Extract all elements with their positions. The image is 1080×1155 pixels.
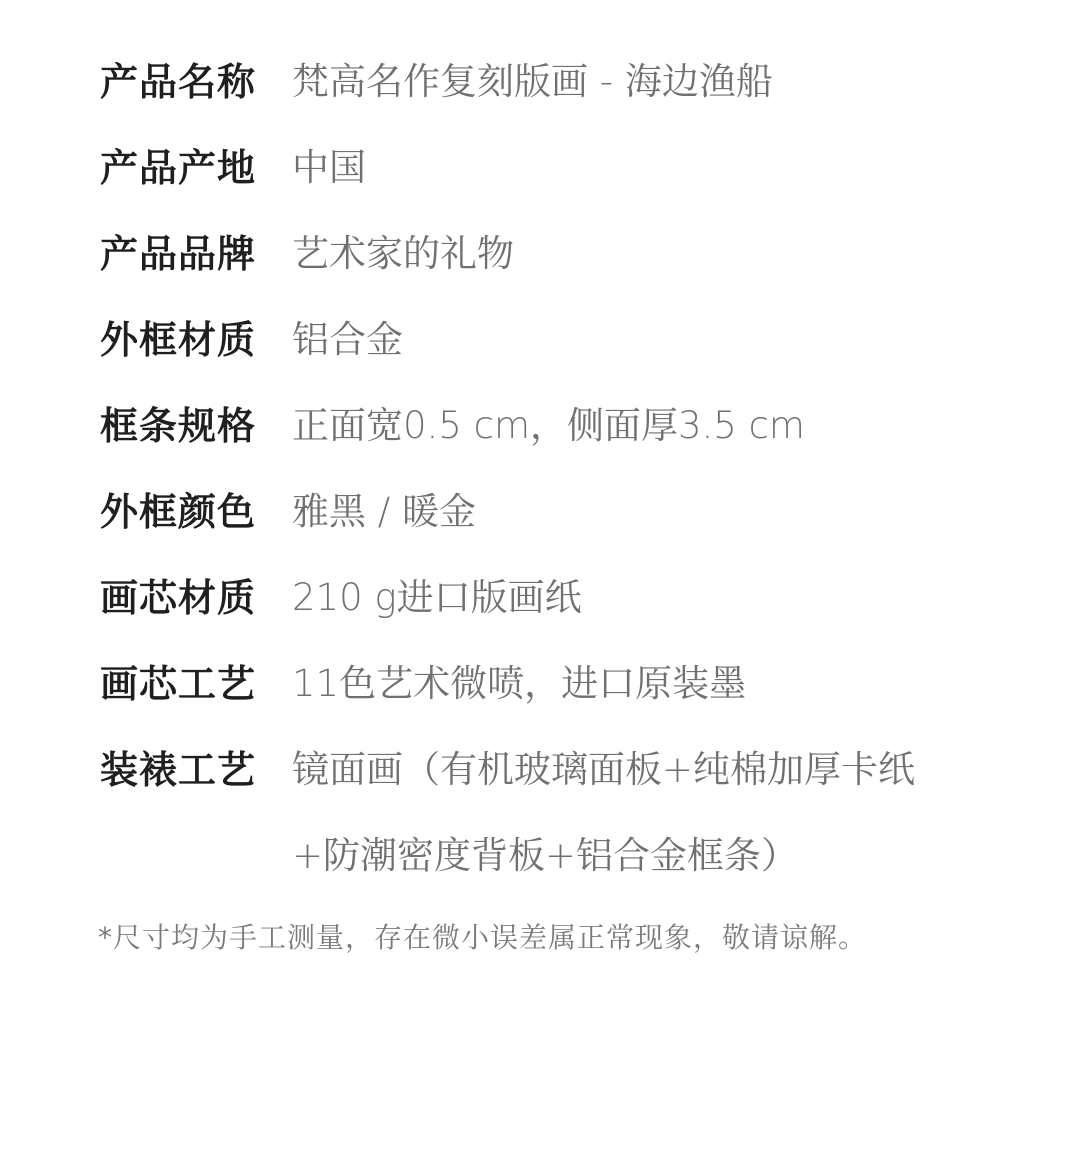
- spec-value: 雅黑 / 暖金: [292, 486, 476, 572]
- spec-row-frame-color: 外框颜色 雅黑 / 暖金: [100, 486, 1000, 572]
- spec-label: 画芯材质: [100, 572, 292, 624]
- spec-row-origin: 产品产地 中国: [100, 142, 1000, 228]
- spec-value: 210 g进口版画纸: [292, 572, 582, 658]
- spec-row-mounting-process: 装裱工艺 镜面画（有机玻璃面板+纯棉加厚卡纸 +防潮密度背板+铝合金框条）: [100, 744, 1000, 916]
- spec-row-frame-dimensions: 框条规格 正面宽0.5 cm，侧面厚3.5 cm: [100, 400, 1000, 486]
- spec-label: 产品品牌: [100, 228, 292, 280]
- spec-value: 正面宽0.5 cm，侧面厚3.5 cm: [292, 400, 805, 486]
- spec-label: 外框颜色: [100, 486, 292, 538]
- spec-row-product-name: 产品名称 梵高名作复刻版画 - 海边渔船: [100, 56, 1000, 142]
- spec-row-print-process: 画芯工艺 11色艺术微喷，进口原装墨: [100, 658, 1000, 744]
- spec-value: 艺术家的礼物: [292, 228, 514, 314]
- spec-label: 装裱工艺: [100, 744, 292, 796]
- spec-row-paper-material: 画芯材质 210 g进口版画纸: [100, 572, 1000, 658]
- spec-value: 铝合金: [292, 314, 403, 400]
- spec-row-frame-material: 外框材质 铝合金: [100, 314, 1000, 400]
- spec-value: 梵高名作复刻版画 - 海边渔船: [292, 56, 773, 142]
- spec-row-brand: 产品品牌 艺术家的礼物: [100, 228, 1000, 314]
- measurement-disclaimer: *尺寸均为手工测量，存在微小误差属正常现象，敬请谅解。: [98, 918, 867, 958]
- spec-label: 画芯工艺: [100, 658, 292, 710]
- spec-value: 镜面画（有机玻璃面板+纯棉加厚卡纸 +防潮密度背板+铝合金框条）: [292, 744, 915, 916]
- product-spec-table: 产品名称 梵高名作复刻版画 - 海边渔船 产品产地 中国 产品品牌 艺术家的礼物…: [100, 56, 1000, 916]
- spec-label: 产品名称: [100, 56, 292, 108]
- spec-label: 产品产地: [100, 142, 292, 194]
- spec-label: 框条规格: [100, 400, 292, 452]
- spec-value: 中国: [292, 142, 366, 228]
- spec-label: 外框材质: [100, 314, 292, 366]
- spec-value: 11色艺术微喷，进口原装墨: [292, 658, 746, 744]
